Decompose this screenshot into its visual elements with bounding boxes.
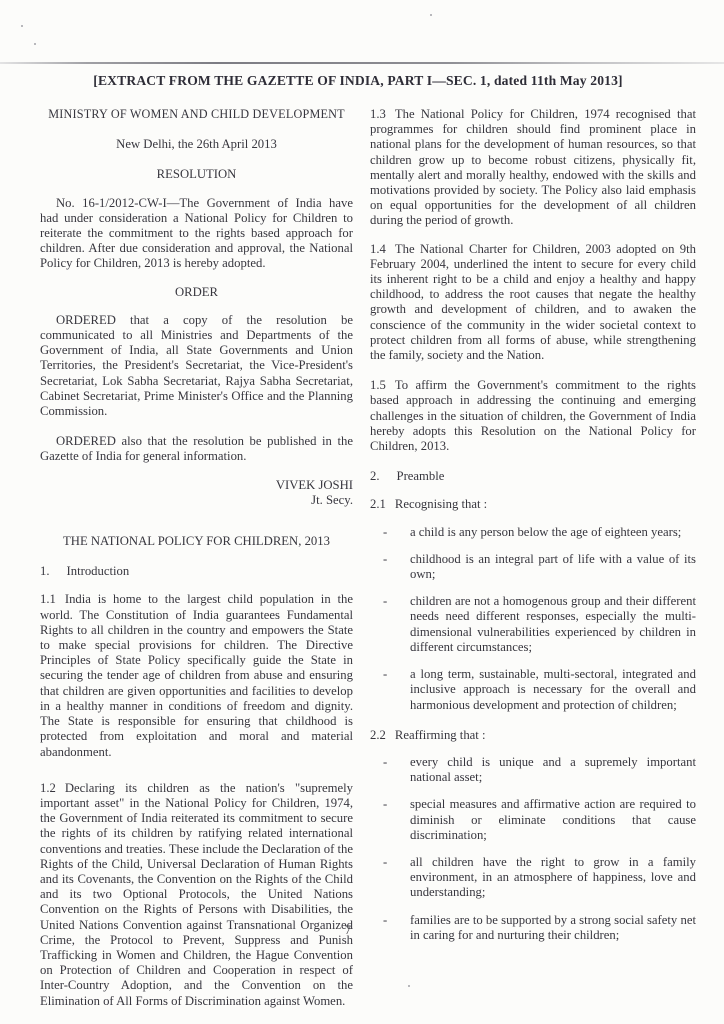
left-column: MINISTRY OF WOMEN AND CHILD DEVELOPMENT …: [40, 107, 353, 1009]
section-1-number: 1.: [40, 564, 50, 578]
resolution-paragraph: No. 16-1/2012-CW-I—The Government of Ind…: [40, 196, 353, 272]
bullet-item: - every child is unique and a supremely …: [370, 755, 696, 785]
paragraph-1-4-number: 1.4: [370, 242, 386, 256]
bullet-item: - childhood is an integral part of life …: [370, 552, 696, 582]
paragraph-1-4-text: The National Charter for Children, 2003 …: [370, 242, 696, 362]
two-column-body: MINISTRY OF WOMEN AND CHILD DEVELOPMENT …: [40, 107, 696, 1009]
signatory-title: Jt. Secy.: [40, 493, 353, 508]
section-2-number: 2.: [370, 469, 380, 483]
bullet-text: childhood is an integral part of life wi…: [410, 552, 696, 582]
paragraph-1-5-text: To affirm the Government's commitment to…: [370, 378, 696, 453]
scan-speck: [34, 43, 36, 45]
paragraph-1-1-text: India is home to the largest child popul…: [40, 592, 353, 758]
paragraph-1-1: 1.1India is home to the largest child po…: [40, 592, 353, 759]
bullet-item: - a long term, sustainable, multi-sector…: [370, 667, 696, 713]
bullet-dash: -: [370, 667, 410, 713]
bullet-dash: -: [370, 755, 410, 785]
clause-2-1-text: Recognising that :: [395, 497, 487, 511]
resolution-heading: RESOLUTION: [40, 167, 353, 182]
clause-2-2: 2.2Reaffirming that :: [370, 728, 696, 743]
bullet-dash: -: [370, 855, 410, 901]
paragraph-1-2-text: Declaring its children as the nation's "…: [40, 781, 353, 1008]
right-column: 1.3The National Policy for Children, 197…: [370, 107, 696, 1009]
bullet-item: - a child is any person below the age of…: [370, 525, 696, 540]
bullet-item: - special measures and affirmative actio…: [370, 797, 696, 843]
policy-title: THE NATIONAL POLICY FOR CHILDREN, 2013: [40, 534, 353, 549]
bullet-item: - children are not a homogenous group an…: [370, 594, 696, 655]
bullet-text: all children have the right to grow in a…: [410, 855, 696, 901]
section-1-heading: 1.Introduction: [40, 564, 353, 579]
paragraph-1-2: 1.2Declaring its children as the nation'…: [40, 781, 353, 1009]
bullet-text: every child is unique and a supremely im…: [410, 755, 696, 785]
bullet-dash: -: [370, 797, 410, 843]
paragraph-1-2-number: 1.2: [40, 781, 56, 795]
scan-speck: [21, 25, 23, 27]
paragraph-1-5-number: 1.5: [370, 378, 386, 392]
clause-2-1: 2.1Recognising that :: [370, 497, 696, 512]
bullet-text: special measures and affirmative action …: [410, 797, 696, 843]
ministry-line: MINISTRY OF WOMEN AND CHILD DEVELOPMENT: [40, 107, 353, 122]
section-1-title: Introduction: [67, 564, 130, 578]
bullet-text: a child is any person below the age of e…: [410, 525, 696, 540]
paragraph-1-4: 1.4The National Charter for Children, 20…: [370, 242, 696, 364]
bullet-dash: -: [370, 552, 410, 582]
bullet-item: - families are to be supported by a stro…: [370, 913, 696, 943]
paragraph-1-3-number: 1.3: [370, 107, 386, 121]
order-heading: ORDER: [40, 285, 353, 300]
bullet-text: a long term, sustainable, multi-sectoral…: [410, 667, 696, 713]
dateline: New Delhi, the 26th April 2013: [40, 137, 353, 152]
header-divider-rule: [0, 62, 724, 64]
paragraph-1-3-text: The National Policy for Children, 1974 r…: [370, 107, 696, 227]
order-paragraph-1: ORDERED that a copy of the resolution be…: [40, 313, 353, 419]
section-2-heading: 2.Preamble: [370, 469, 696, 484]
signatory-name: VIVEK JOSHI: [40, 478, 353, 493]
clause-2-2-number: 2.2: [370, 728, 386, 742]
bullet-text: children are not a homogenous group and …: [410, 594, 696, 655]
clause-2-1-number: 2.1: [370, 497, 386, 511]
order-paragraph-2: ORDERED also that the resolution be publ…: [40, 434, 353, 464]
bullet-text: families are to be supported by a strong…: [410, 913, 696, 943]
bullet-dash: -: [370, 594, 410, 655]
bullet-dash: -: [370, 525, 410, 540]
page-number: 7: [328, 923, 368, 938]
scan-speck: [430, 14, 432, 16]
paragraph-1-1-number: 1.1: [40, 592, 56, 606]
gazette-header-title: [EXTRACT FROM THE GAZETTE OF INDIA, PART…: [0, 73, 716, 89]
section-2-title: Preamble: [397, 469, 445, 483]
paragraph-1-3: 1.3The National Policy for Children, 197…: [370, 107, 696, 229]
bullet-item: - all children have the right to grow in…: [370, 855, 696, 901]
paragraph-1-5: 1.5To affirm the Government's commitment…: [370, 378, 696, 454]
clause-2-2-text: Reaffirming that :: [395, 728, 486, 742]
bullet-dash: -: [370, 913, 410, 943]
gazette-scan-page: [EXTRACT FROM THE GAZETTE OF INDIA, PART…: [0, 0, 724, 1024]
